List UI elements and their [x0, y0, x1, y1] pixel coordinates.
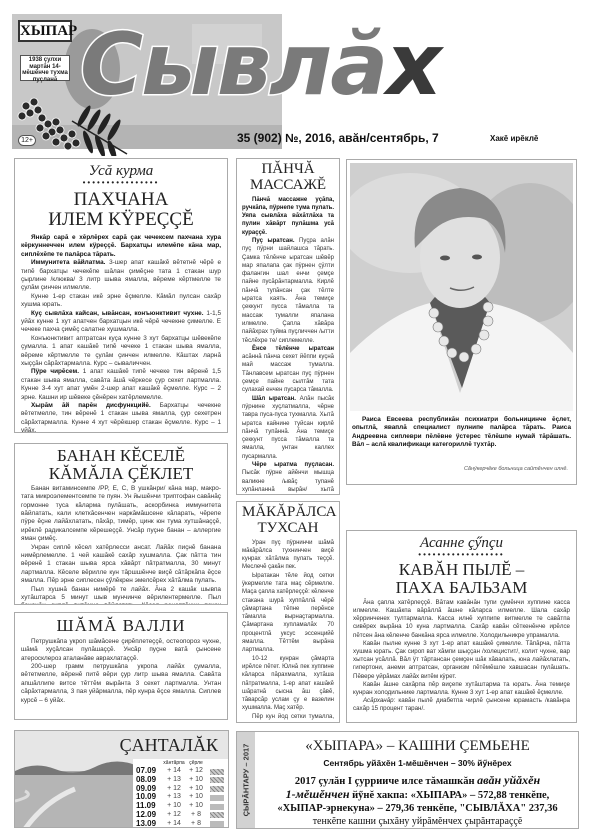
date: 13.09 [133, 820, 163, 828]
age-rating-badge: 12+ [18, 135, 36, 146]
subscription-body: 2017 çулăн I çуррииче илсе тăмашкăн авăн… [261, 774, 574, 828]
paragraph: Ыратакан тĕле йод сетки ÿкермелле тата м… [242, 572, 334, 655]
subhead: Пуç ыратсан. [252, 238, 295, 244]
article-point-massage: ПĂНЧĂ МАССАЖĔ Пăнчă массажне уçăпа, ручк… [236, 158, 340, 495]
article-viburnum: Асанне çӳпçи •••••••••••••••••• КАВĂН ПЫ… [346, 530, 577, 723]
night-temp: + 8 [185, 820, 207, 828]
night-temp: + 12 [185, 767, 207, 776]
weather-widget: ÇАНТАЛĂК хăнтăрпа çĕрле 07.09+ 14+ 12 08… [14, 730, 229, 828]
day-temp: + 13 [163, 793, 185, 802]
emphasis: авăн уйăхĕн [477, 773, 540, 787]
newspaper-title: Сывлăх [80, 22, 440, 108]
night-temp: + 10 [185, 793, 207, 802]
forecast-row: 13.09+ 14+ 8 [133, 820, 229, 828]
headline-line2: ПАХА БАЛЬЗАМ [353, 579, 570, 597]
paragraph: Петрушкăпа укроп шăмăсене çирĕплетеççĕ, … [21, 638, 221, 663]
weather-title: ÇАНТАЛĂК [120, 735, 218, 756]
paragraph: 10-12 кунран çăмарта ирĕлсе пĕтет. Юлнă … [242, 655, 334, 713]
article-banana: БАНАН КĔСЕЛĔ КĂМĂЛА ÇĔКЛЕТ Банан витамин… [14, 443, 228, 605]
col-night: çĕрле [185, 759, 207, 767]
paragraph: Пуçра алăн пуç пÿрни шайлашса тăрать. Çа… [242, 238, 334, 344]
portrait-photo [350, 163, 573, 411]
emphasis: 1-мĕшĕнчен [286, 787, 350, 801]
article-bunion: МĂКĂРĂЛСА ТУХСАН Уран пуç пÿрнинчи шăмă … [236, 501, 340, 723]
night-temp: + 10 [185, 776, 207, 785]
warning-label: Асăрханăр: [363, 697, 395, 704]
col-daytime: хăнтăрпа [163, 759, 185, 767]
article-parsley: ШĂМĂ ВАЛЛИ Петрушкăпа укроп шăмăсене çир… [14, 612, 228, 720]
day-temp: + 10 [163, 802, 185, 811]
article-body: Пуç ыратсан. Пуçра алăн пуç пÿрни шайлаш… [242, 237, 334, 495]
lead: Янкăр сарă е хĕрлĕрех сарă çак чечексем … [21, 234, 221, 259]
subscription-ad: ÇЫРĂНТАРУ – 2017 «ХЫПАРА» – КАШНИ ÇЕМЬЕН… [236, 731, 579, 829]
price-note: Хакĕ ирĕклĕ [490, 134, 538, 143]
article-body: Уран пуç пÿрнинчи шăмă мăкăрăлса тухнинч… [242, 539, 334, 724]
photo-caption: Раиса Евсеева республикăн психиатри боль… [352, 416, 571, 450]
overcast-icon [210, 795, 224, 801]
paragraph: Кавăн пылне кунне 3 хут 1-ер апат кашăкĕ… [353, 640, 570, 681]
cloud-icon [210, 786, 224, 792]
night-temp: + 8 [185, 811, 207, 820]
lead: Пăнчă массажне уçăпа, ручкăпа, пÿрнепе т… [242, 196, 334, 237]
hypar-logo: ХЫПАР [18, 20, 72, 42]
subscription-subtitle: Сентябрь уйăхĕн 1-мĕшĕнчен – 30% йӳнĕрех [261, 758, 574, 768]
headline-line2: ИЛЕМ КŸРЕÇÇĔ [21, 210, 221, 230]
paragraph: Банан витаминсемпе /PP, E, C, B ушкăнри/… [21, 485, 221, 544]
text: «ХЫПАР-эрнекуна» – 279,36 тенкĕпе, "СЫВЛ… [261, 802, 574, 815]
day-temp: + 12 [163, 785, 185, 794]
article-body: Иммунитета вăйлатма. 3-шер апат кашăкĕ в… [21, 259, 221, 433]
paragraph: Пыл хушнă банан нимĕрĕ те лайăх. Ăна 2 к… [21, 586, 221, 605]
day-temp: + 12 [163, 811, 185, 820]
paragraph: Ăна çапла хатĕрлеççĕ. Вăтам кавăнăн тупи… [353, 599, 570, 640]
subhead: Шăл ыратсан. [252, 396, 296, 402]
cloud-icon [210, 769, 224, 775]
day-temp: + 14 [163, 820, 185, 828]
cloud-icon [210, 812, 224, 818]
paragraph: Алăн пысăк пÿрнине хуçлатмалла, чĕрне та… [242, 396, 334, 460]
headline-line1: МĂКĂРĂЛСА [242, 505, 334, 521]
article-body: Петрушкăпа укроп шăмăсене çирĕплетеççĕ, … [21, 638, 221, 705]
portrait-feature: Раиса Евсеева республикăн психиатри боль… [346, 159, 577, 485]
day-temp: + 13 [163, 776, 185, 785]
text: 2017 çулăн I çуррииче илсе тăмашкăн [295, 776, 477, 787]
headline-line2: МАССАЖĔ [242, 178, 334, 194]
title-last-letter: х [386, 15, 439, 115]
subscription-title: «ХЫПАРА» – КАШНИ ÇЕМЬЕНЕ [261, 738, 574, 755]
subhead: Ĕнсе тĕлĕнче ыратсан [252, 346, 334, 352]
article-marigold: Усă курма •••••••••••••••• ПАХЧАНА ИЛЕМ … [14, 158, 228, 433]
paragraph: Унран сиплĕ кĕсел хатĕрлесси ансат. Лайă… [21, 544, 221, 586]
paragraph: Пысăк пÿрне айĕнчи мышца валикне /ывăç т… [242, 470, 334, 495]
subhead: Хырăм ăй парĕн дисфункцийĕ. [31, 402, 151, 409]
dotted-divider: •••••••••••••••• [21, 180, 221, 186]
text: тенкĕпе кашни çыхăну уйрăмĕнчех çырăнтар… [261, 815, 574, 828]
headline-line1: ПАХЧАНА [21, 190, 221, 210]
paragraph: Пĕр кун йод сетки тумалла, тепĕр кун маç… [242, 713, 334, 723]
issue-line: 35 (902) №, 2016, авăн/сентябрь, 7 [237, 131, 439, 145]
day-temp: + 14 [163, 767, 185, 776]
paragraph: Кавăн ăшне сахăрпа пĕр виçепе хутăштарма… [353, 681, 570, 697]
subhead: Чĕре ыратма пуçласан. [252, 462, 334, 468]
article-body: Ăна çапла хатĕрлеççĕ. Вăтам кавăнăн тупи… [353, 599, 570, 714]
paragraph: Уран пуç пÿрнинчи шăмă мăкăрăлса тухнинч… [242, 539, 334, 572]
paragraph: 200-шер грамм петрушкăпа укропа лайăх çу… [21, 663, 221, 705]
cloud-icon [210, 777, 224, 783]
headline-line2: КĂМĂЛА ÇĔКЛЕТ [21, 465, 221, 483]
paragraph: Кунне 1-ер стакан икĕ эрне ĕçмелле. Кăмă… [21, 293, 221, 310]
subhead: Иммунитета вăйлатма. [31, 259, 105, 266]
dotted-divider: •••••••••••••••••• [353, 552, 570, 558]
headline-line1: ПĂНЧĂ [242, 162, 334, 178]
article-body: Банан витаминсемпе /PP, E, C, B ушкăнри/… [21, 485, 221, 605]
subhead: Пÿре чирĕсем. [31, 368, 79, 375]
subhead: Куç сывлăха кайсан, ывăнсан, конъюнктиви… [31, 310, 204, 317]
photo-credit: Сăнÿкерчĕке больница сайтĕнчен илнĕ. [464, 466, 568, 472]
forecast-table: хăнтăрпа çĕрле 07.09+ 14+ 12 08.09+ 13+ … [133, 759, 229, 828]
text: йӳнĕ хакпа: «ХЫПАРА» – 572,88 тенкĕпе, [350, 790, 550, 801]
headline-line1: БАНАН КĔСЕЛĔ [21, 447, 221, 465]
side-label-text: ÇЫРĂНТАРУ – 2017 [242, 744, 251, 817]
overcast-icon [210, 804, 224, 810]
headline-line1: КАВĂН ПЫЛĔ – [353, 561, 570, 579]
paragraph: Конъюнктивит аптратсан куçа кунне 3 хут … [21, 335, 221, 369]
overcast-icon [210, 821, 224, 827]
headline-line2: ТУХСАН [242, 521, 334, 537]
night-temp: + 10 [185, 802, 207, 811]
subscription-side-label: ÇЫРĂНТАРУ – 2017 [237, 732, 255, 828]
night-temp: + 10 [185, 785, 207, 794]
headline: ШĂМĂ ВАЛЛИ [21, 617, 221, 635]
paragraph: асăннă пăнча сехет йĕппи куçнă май масса… [242, 354, 334, 393]
